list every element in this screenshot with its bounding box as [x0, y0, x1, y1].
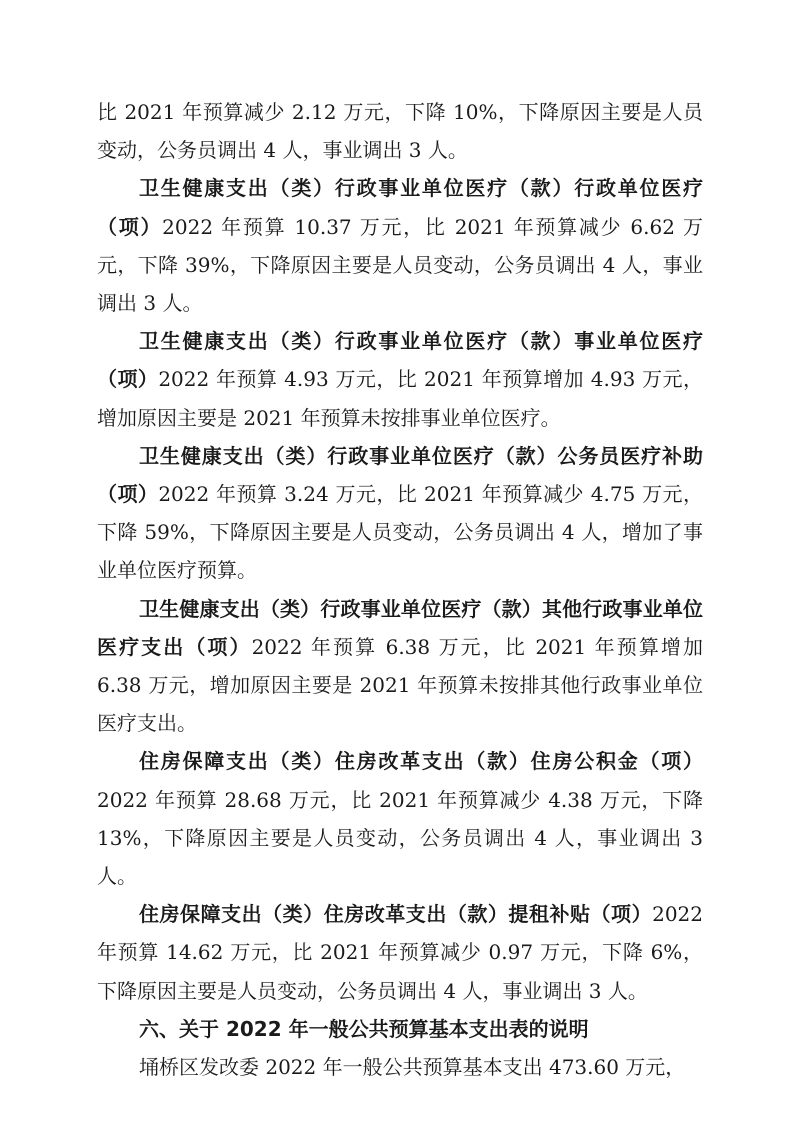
- paragraph-text: 2022 年预算 3.24 万元，比 2021 年预算减少 4.75 万元，下降…: [97, 482, 703, 582]
- paragraph-continuation: 比 2021 年预算减少 2.12 万元，下降 10%，下降原因主要是人员变动，…: [97, 93, 703, 169]
- paragraph-subject: 住房保障支出（类）住房改革支出（款）住房公积金（项）: [139, 749, 703, 773]
- paragraph-housing-provident-fund: 住房保障支出（类）住房改革支出（款）住房公积金（项）2022 年预算 28.68…: [97, 742, 703, 895]
- paragraph-admin-unit-medical: 卫生健康支出（类）行政事业单位医疗（款）行政单位医疗（项）2022 年预算 10…: [97, 169, 703, 322]
- paragraph-basic-expenditure: 埇桥区发改委 2022 年一般公共预算基本支出 473.60 万元，: [97, 1048, 703, 1086]
- paragraph-text: 2022 年预算 10.37 万元，比 2021 年预算减少 6.62 万元，下…: [97, 215, 703, 315]
- section-heading: 六、关于 2022 年一般公共预算基本支出表的说明: [97, 1010, 703, 1048]
- paragraph-rent-subsidy: 住房保障支出（类）住房改革支出（款）提租补贴（项）2022 年预算 14.62 …: [97, 895, 703, 1010]
- paragraph-text: 2022 年预算 4.93 万元，比 2021 年预算增加 4.93 万元，增加…: [97, 367, 703, 429]
- paragraph-public-institution-medical: 卫生健康支出（类）行政事业单位医疗（款）事业单位医疗（项）2022 年预算 4.…: [97, 322, 703, 437]
- paragraph-text: 2022 年预算 28.68 万元，比 2021 年预算减少 4.38 万元，下…: [97, 788, 703, 888]
- paragraph-text: 比 2021 年预算减少 2.12 万元，下降 10%，下降原因主要是人员变动，…: [97, 100, 703, 162]
- paragraph-other-medical-expense: 卫生健康支出（类）行政事业单位医疗（款）其他行政事业单位医疗支出（项）2022 …: [97, 590, 703, 743]
- paragraph-subject: 住房保障支出（类）住房改革支出（款）提租补贴（项）: [139, 902, 652, 926]
- paragraph-civil-servant-medical-subsidy: 卫生健康支出（类）行政事业单位医疗（款）公务员医疗补助（项）2022 年预算 3…: [97, 437, 703, 590]
- document-page: 比 2021 年预算减少 2.12 万元，下降 10%，下降原因主要是人员变动，…: [97, 93, 703, 1086]
